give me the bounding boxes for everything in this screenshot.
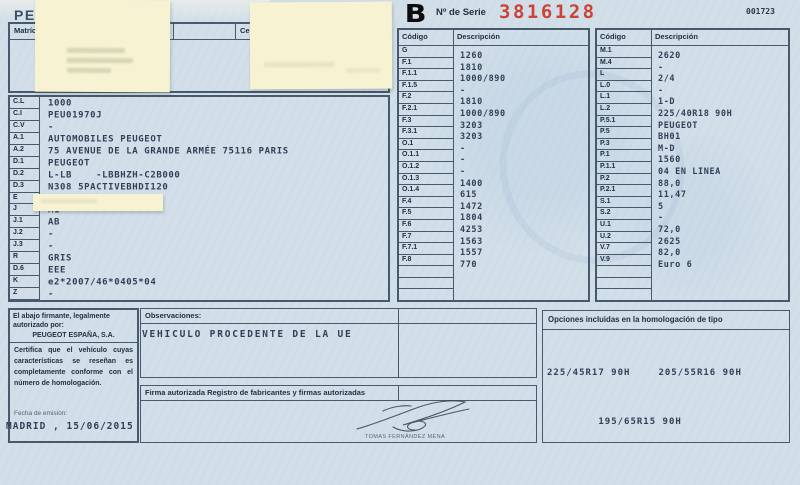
code-cell: [597, 289, 652, 301]
code-cell: L.2: [597, 104, 652, 116]
table-row: A.2 75 AVENUE DE LA GRANDE ARMÉE 75116 P…: [10, 145, 388, 157]
value-cell: [652, 283, 788, 295]
sticky-note: [35, 0, 170, 92]
code-cell: U.1: [597, 220, 652, 232]
ficha-tecnica-document: PE Matrícula Ce B Nº de Serie 3816128 00…: [0, 0, 800, 485]
value-cell: GRIS: [40, 254, 388, 266]
code-cell: J.3: [10, 240, 40, 252]
tire-option: 195/65R15 90H: [598, 417, 681, 427]
opciones-box: Opciones incluidas en la homologación de…: [542, 310, 790, 443]
table-row: J.1 AB: [10, 216, 388, 228]
value-cell: [454, 271, 588, 283]
code-cell: A.1: [10, 133, 40, 145]
value-cell: N308 5PACTIVEBHDI120: [40, 182, 388, 194]
tire-options-row2: 195/65R15 90H: [547, 404, 742, 440]
code-cell: D.1: [10, 157, 40, 169]
value-cell: 1472: [454, 202, 588, 214]
value-cell: 2620: [652, 51, 788, 63]
value-cell: [454, 294, 588, 306]
codigo-rows: G 1260 F.1 1810 F.1.1 1000/890 F.1.5 -: [399, 46, 588, 301]
value-cell: 1563: [454, 237, 588, 249]
code-cell: F.8: [399, 255, 454, 267]
serial-number-label: Nº de Serie: [436, 7, 486, 18]
observaciones-box: Observaciones: VEHICULO PROCEDENTE DE LA…: [140, 308, 537, 378]
code-cell: F.2.1: [399, 104, 454, 116]
table-row: K e2*2007/46*0405*04: [10, 276, 388, 288]
descripcion-header: Descripción: [652, 30, 788, 45]
value-cell: 1560: [652, 155, 788, 167]
value-cell: 1000/890: [454, 74, 588, 86]
tire-option: 205/55R16 90H: [658, 367, 741, 379]
code-cell: M.1: [597, 46, 652, 58]
code-cell: S.2: [597, 208, 652, 220]
fecha-emision-label: Fecha de emisión:: [14, 409, 67, 419]
value-cell: -: [454, 167, 588, 179]
code-cell: [597, 266, 652, 278]
redacted-text: [346, 68, 380, 73]
signatory-name: TOMAS FERNÁNDEZ MENA: [365, 434, 445, 440]
code-cell: [597, 278, 652, 290]
opciones-label: Opciones incluidas en la homologación de…: [543, 311, 789, 330]
value-cell: -: [652, 86, 788, 98]
value-cell: 3203: [454, 132, 588, 144]
code-cell: F.1: [399, 58, 454, 70]
value-cell: PEUGEOT: [40, 158, 388, 170]
code-cell: F.7.1: [399, 243, 454, 255]
code-cell: R: [10, 252, 40, 264]
value-cell: 1260: [454, 51, 588, 63]
code-cell: F.7: [399, 232, 454, 244]
value-cell: 1-D: [652, 97, 788, 109]
table-row: G 1260: [399, 46, 588, 58]
code-cell: F.5: [399, 208, 454, 220]
sticky-note: [250, 2, 392, 90]
redacted-text: [67, 48, 125, 53]
signer-line1: El abajo firmante, legalmente: [13, 312, 134, 321]
codigo-table-right: Código Descripción M.1 2620 M.4 - L 2/4: [595, 28, 790, 302]
value-cell: -: [652, 213, 788, 225]
serial-number-value: 3816128: [499, 1, 597, 23]
value-cell: AB: [40, 218, 388, 230]
value-cell: EEE: [40, 266, 388, 278]
code-cell: U.2: [597, 232, 652, 244]
code-cell: P.2.1: [597, 185, 652, 197]
value-cell: 2/4: [652, 74, 788, 86]
b-logo: B: [405, 0, 427, 28]
value-cell: 2625: [652, 237, 788, 249]
codigo-header-row: Código Descripción: [399, 30, 588, 46]
code-cell: P.5.1: [597, 116, 652, 128]
observaciones-label: Observaciones:: [141, 309, 536, 324]
table-row: C.L 1000: [10, 97, 388, 109]
value-cell: [454, 283, 588, 295]
code-cell: F.1.5: [399, 81, 454, 93]
table-row: J.3 -: [10, 240, 388, 252]
manufacturer-letterhead: PE: [14, 7, 36, 23]
code-cell: J.1: [10, 216, 40, 228]
signer-company: PEUGEOT ESPAÑA, S.A.: [13, 331, 134, 340]
code-cell: O.1: [399, 139, 454, 151]
value-cell: -: [40, 290, 388, 302]
code-cell: O.1.4: [399, 185, 454, 197]
code-cell: L: [597, 69, 652, 81]
value-cell: 11,47: [652, 190, 788, 202]
value-cell: BH01: [652, 132, 788, 144]
value-cell: 1400: [454, 179, 588, 191]
code-cell: P.1.1: [597, 162, 652, 174]
value-cell: PEU01970J: [40, 110, 388, 122]
redacted-text: [67, 68, 111, 73]
code-cell: [399, 278, 454, 290]
table-row: D.2 L-LB -LBBHZH-C2B000: [10, 169, 388, 181]
value-cell: e2*2007/46*0405*04: [40, 278, 388, 290]
value-cell: PEUGEOT: [652, 121, 788, 133]
value-cell: 1804: [454, 213, 588, 225]
code-cell: C.I: [10, 109, 40, 121]
value-cell: 225/40R18 90H: [652, 109, 788, 121]
observaciones-value: VEHICULO PROCEDENTE DE LA UE: [142, 329, 353, 340]
code-cell: C.V: [10, 121, 40, 133]
code-cell: L.0: [597, 81, 652, 93]
certifica-text: Certifica que el vehículo cuyas caracter…: [14, 347, 133, 387]
observaciones-divider: [398, 309, 399, 377]
value-cell: 1000/890: [454, 109, 588, 121]
value-cell: [652, 271, 788, 283]
code-cell: P.1: [597, 150, 652, 162]
matricula-middle-cell: [174, 24, 236, 39]
code-cell: F.3: [399, 116, 454, 128]
value-cell: 615: [454, 190, 588, 202]
code-cell: K: [10, 276, 40, 288]
value-cell: 1000: [40, 99, 388, 111]
value-cell: -: [454, 86, 588, 98]
code-cell: P.3: [597, 139, 652, 151]
code-cell: O.1.3: [399, 174, 454, 186]
code-cell: G: [399, 46, 454, 58]
code-cell: F.6: [399, 220, 454, 232]
value-cell: -: [454, 155, 588, 167]
table-row: J.2 -: [10, 228, 388, 240]
sticky-note: [33, 194, 163, 211]
value-cell: 770: [454, 260, 588, 272]
codigo-rows: M.1 2620 M.4 - L 2/4 L.0 -: [597, 46, 788, 301]
value-cell: -: [454, 144, 588, 156]
value-cell: 1810: [454, 97, 588, 109]
value-cell: Euro 6: [652, 260, 788, 272]
table-row: M.1 2620: [597, 46, 788, 58]
table-row: Z -: [10, 288, 388, 300]
redacted-text: [67, 58, 133, 63]
code-cell: V.9: [597, 255, 652, 267]
codigo-table-middle: Código Descripción G 1260 F.1 1810 F.1.1…: [397, 28, 590, 302]
signer-statement: El abajo firmante, legalmente autorizado…: [10, 310, 137, 343]
code-cell: D.6: [10, 264, 40, 276]
value-cell: -: [40, 122, 388, 134]
code-cell: O.1.1: [399, 150, 454, 162]
value-cell: -: [652, 63, 788, 75]
code-cell: [399, 289, 454, 301]
table-row: R GRIS: [10, 252, 388, 264]
redacted-text: [264, 62, 334, 67]
code-cell: F.1.1: [399, 69, 454, 81]
code-cell: P.2: [597, 174, 652, 186]
certifica-cell: Certifica que el vehículo cuyas caracter…: [10, 343, 137, 441]
code-cell: L.1: [597, 92, 652, 104]
code-cell: J.2: [10, 228, 40, 240]
codigo-header: Código: [597, 30, 652, 45]
table-row: A.1 AUTOMOBILES PEUGEOT: [10, 133, 388, 145]
firma-box: Firma autorizada Registro de fabricantes…: [140, 385, 537, 443]
table-row: D.1 PEUGEOT: [10, 157, 388, 169]
code-cell: [399, 266, 454, 278]
value-cell: 04 EN LINEA: [652, 167, 788, 179]
code-cell: V.7: [597, 243, 652, 255]
tire-options: 225/45R17 90H 205/55R16 90H 195/65R15 90…: [547, 343, 742, 464]
table-row: D.3 N308 5PACTIVEBHDI120: [10, 181, 388, 193]
tire-option: 225/45R17 90H: [547, 367, 630, 379]
value-cell: 75 AVENUE DE LA GRANDE ARMÉE 75116 PARIS: [40, 146, 388, 158]
value-cell: 72,0: [652, 225, 788, 237]
code-cell: C.L: [10, 97, 40, 109]
code-cell: O.1.2: [399, 162, 454, 174]
code-cell: P.5: [597, 127, 652, 139]
value-cell: M-D: [652, 144, 788, 156]
signature-image: [353, 397, 483, 437]
table-row: C.V -: [10, 121, 388, 133]
code-cell: F.3.1: [399, 127, 454, 139]
value-cell: 5: [652, 202, 788, 214]
tire-options-row1: 225/45R17 90H 205/55R16 90H: [547, 367, 742, 379]
value-cell: 4253: [454, 225, 588, 237]
code-cell: Z: [10, 288, 40, 300]
value-cell: AUTOMOBILES PEUGEOT: [40, 134, 388, 146]
value-cell: L-LB -LBBHZH-C2B000: [40, 170, 388, 182]
redacted-text: [41, 199, 97, 203]
certification-box: El abajo firmante, legalmente autorizado…: [8, 308, 139, 443]
value-cell: 1810: [454, 63, 588, 75]
fecha-emision-value: MADRID , 15/06/2015: [6, 420, 134, 435]
code-cell: F.2: [399, 92, 454, 104]
page-number: 001723: [746, 7, 775, 16]
codigo-header-row: Código Descripción: [597, 30, 788, 46]
signer-line2: autorizado por:: [13, 321, 134, 330]
value-cell: 82,0: [652, 248, 788, 260]
code-cell: S.1: [597, 197, 652, 209]
value-cell: 1557: [454, 248, 588, 260]
value-cell: 88,0: [652, 179, 788, 191]
table-row: D.6 EEE: [10, 264, 388, 276]
table-row: C.I PEU01970J: [10, 109, 388, 121]
code-cell: F.4: [399, 197, 454, 209]
code-cell: D.2: [10, 169, 40, 181]
codigo-header: Código: [399, 30, 454, 45]
code-cell: M.4: [597, 58, 652, 70]
value-cell: -: [40, 242, 388, 254]
code-cell: A.2: [10, 145, 40, 157]
value-cell: -: [40, 230, 388, 242]
value-cell: 3203: [454, 121, 588, 133]
code-cell: D.3: [10, 181, 40, 193]
value-cell: [652, 294, 788, 306]
descripcion-header: Descripción: [454, 30, 588, 45]
